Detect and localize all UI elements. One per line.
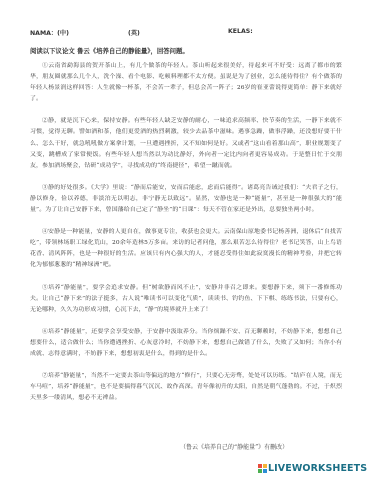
paragraph-4: ④安静是一种能量，安静的人更自在，做事更专注，收获也会更大。云南保山原地委书记杨… xyxy=(30,227,342,271)
article-body: ①云南省勐海县的贺开茶山上，有几个做茶的年轻人。茶山听起来很美好，待起来可不好受… xyxy=(30,61,342,415)
paragraph-6: ⑥培养“静能量”，还要学会享受安静，于安静中汲取养分。当你烦躁不安、百无聊赖时，… xyxy=(30,327,342,360)
liveworksheets-logo: LIVEWORKSHEETS xyxy=(258,463,367,474)
class-label: KELAS: xyxy=(228,28,253,35)
paragraph-7: ⑦培养“静能量”，当然不一定要去茶山等偏远的地方“修行”，只要心无旁骛，处处可以… xyxy=(30,371,342,404)
paragraph-5: ⑤培养“静能量”，要学会追求安静。但“树欲静而风不止”，安静并非召之即来。要想静… xyxy=(30,283,342,316)
name-label: NAMA：(中) xyxy=(30,28,69,37)
paragraph-1: ①云南省勐海县的贺开茶山上，有几个做茶的年轻人。茶山听起来很美好，待起来可不好受… xyxy=(30,61,342,105)
liveworksheets-grid-icon xyxy=(258,464,267,473)
source-citation: （鲁云《培养自己的“静能量”》有删改） xyxy=(180,442,288,451)
english-name-label: (英) xyxy=(128,28,140,37)
paragraph-2: ②静，就是沉下心来，保持安静。有些年轻人缺乏安静的耐心，一味追求高频率、快节奏的… xyxy=(30,116,342,171)
paragraph-3: ③静的好处很多。《大学》里说：“静而后能安，安而后能虑，虑而后能得”。诸葛亮告诫… xyxy=(30,183,342,216)
instruction-text: 阅读以下议论文 鲁云《培养自己的静能量》，回答问题。 xyxy=(30,46,189,55)
logo-text: LIVEWORKSHEETS xyxy=(268,463,367,474)
